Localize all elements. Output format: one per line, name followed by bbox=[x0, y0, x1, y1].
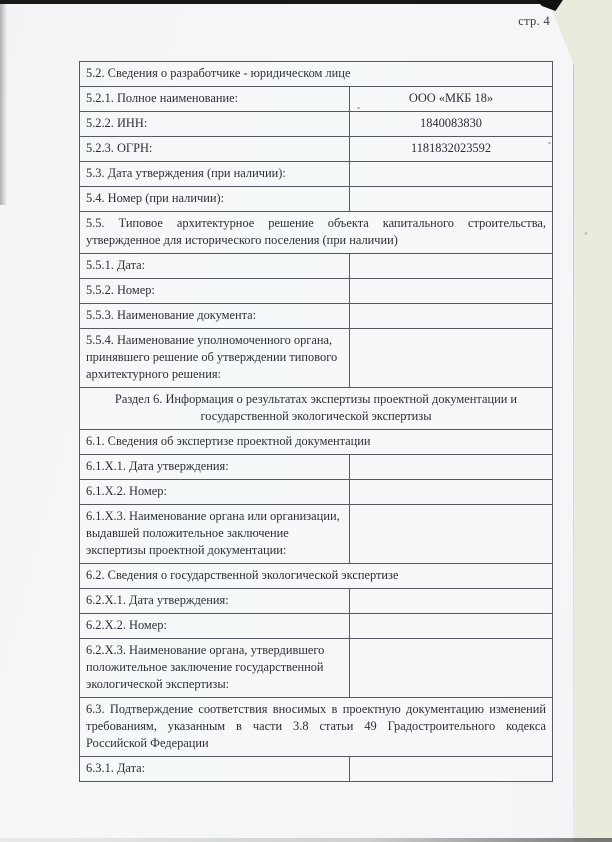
table-row: 6.1. Сведения об экспертизе проектной до… bbox=[80, 430, 552, 455]
table-row: 6.3. Подтверждение соответствия вносимых… bbox=[80, 698, 552, 757]
table-row: 6.2.Х.1. Дата утверждения: bbox=[80, 589, 552, 614]
page-number: стр. 4 bbox=[518, 14, 550, 29]
table-row: 5.5. Типовое архитектурное решение объек… bbox=[80, 212, 552, 254]
section-row-text: 6.3. Подтверждение соответствия вносимых… bbox=[80, 698, 552, 756]
section-row-text: 5.2. Сведения о разработчике - юридическ… bbox=[80, 62, 552, 86]
row-value bbox=[350, 254, 552, 278]
table-row: 6.2.Х.3. Наименование органа, утвердивше… bbox=[80, 639, 552, 698]
row-label: 5.5.1. Дата: bbox=[80, 254, 350, 278]
table-row: 6.2.Х.2. Номер: bbox=[80, 614, 552, 639]
table-row: 5.5.4. Наименование уполномоченного орга… bbox=[80, 329, 552, 388]
scan-speck bbox=[357, 107, 360, 109]
row-label: 6.2.Х.2. Номер: bbox=[80, 614, 350, 638]
row-label: 6.2.Х.1. Дата утверждения: bbox=[80, 589, 350, 613]
table-row: 6.1.Х.3. Наименование органа или организ… bbox=[80, 505, 552, 564]
scan-top-edge bbox=[0, 0, 557, 4]
row-label: 5.5.3. Наименование документа: bbox=[80, 304, 350, 328]
section-row-text: Раздел 6. Информация о результатах экспе… bbox=[80, 388, 552, 429]
row-value bbox=[350, 505, 552, 563]
table-row: 5.5.2. Номер: bbox=[80, 279, 552, 304]
scan-left-shadow bbox=[0, 0, 7, 205]
row-value bbox=[350, 455, 552, 479]
row-value bbox=[350, 757, 552, 781]
table-row: 6.1.Х.2. Номер: bbox=[80, 480, 552, 505]
table-row: 6.1.Х.1. Дата утверждения: bbox=[80, 455, 552, 480]
row-value: 1181832023592 bbox=[350, 137, 552, 161]
scan-bottom-edge bbox=[0, 838, 612, 842]
row-value bbox=[350, 614, 552, 638]
row-value: 1840083830 bbox=[350, 112, 552, 136]
row-label: 6.1.Х.1. Дата утверждения: bbox=[80, 455, 350, 479]
table-row: 6.2. Сведения о государственной экологич… bbox=[80, 564, 552, 589]
scan-speck bbox=[585, 232, 587, 235]
row-value bbox=[350, 304, 552, 328]
row-label: 6.1.Х.3. Наименование органа или организ… bbox=[80, 505, 350, 563]
table-row: 5.4. Номер (при наличии): bbox=[80, 187, 552, 212]
table-row: 5.2.2. ИНН:1840083830 bbox=[80, 112, 552, 137]
section-row-text: 6.1. Сведения об экспертизе проектной до… bbox=[80, 430, 552, 454]
row-label: 5.4. Номер (при наличии): bbox=[80, 187, 350, 211]
row-value bbox=[350, 480, 552, 504]
table-row: 5.2.1. Полное наименование:ООО «МКБ 18» bbox=[80, 87, 552, 112]
row-value bbox=[350, 589, 552, 613]
application-form-table: 5.2. Сведения о разработчике - юридическ… bbox=[79, 61, 553, 782]
row-value bbox=[350, 187, 552, 211]
table-row: 5.2. Сведения о разработчике - юридическ… bbox=[80, 62, 552, 87]
row-label: 6.3.1. Дата: bbox=[80, 757, 350, 781]
row-label: 5.3. Дата утверждения (при наличии): bbox=[80, 162, 350, 186]
section-row-text: 6.2. Сведения о государственной экологич… bbox=[80, 564, 552, 588]
table-row: 5.5.3. Наименование документа: bbox=[80, 304, 552, 329]
table-row: 6.3.1. Дата: bbox=[80, 757, 552, 781]
row-label: 5.2.1. Полное наименование: bbox=[80, 87, 350, 111]
row-value: ООО «МКБ 18» bbox=[350, 87, 552, 111]
row-label: 5.5.2. Номер: bbox=[80, 279, 350, 303]
section-row-text: 5.5. Типовое архитектурное решение объек… bbox=[80, 212, 552, 253]
scan-speck bbox=[548, 142, 551, 144]
table-row: 5.5.1. Дата: bbox=[80, 254, 552, 279]
row-value bbox=[350, 639, 552, 697]
row-label: 6.1.Х.2. Номер: bbox=[80, 480, 350, 504]
table-row: 5.3. Дата утверждения (при наличии): bbox=[80, 162, 552, 187]
row-value bbox=[350, 329, 552, 387]
row-value bbox=[350, 162, 552, 186]
row-label: 6.2.Х.3. Наименование органа, утвердивше… bbox=[80, 639, 350, 697]
row-value bbox=[350, 279, 552, 303]
table-row: Раздел 6. Информация о результатах экспе… bbox=[80, 388, 552, 430]
table-row: 5.2.3. ОГРН:1181832023592 bbox=[80, 137, 552, 162]
row-label: 5.5.4. Наименование уполномоченного орга… bbox=[80, 329, 350, 387]
row-label: 5.2.2. ИНН: bbox=[80, 112, 350, 136]
row-label: 5.2.3. ОГРН: bbox=[80, 137, 350, 161]
